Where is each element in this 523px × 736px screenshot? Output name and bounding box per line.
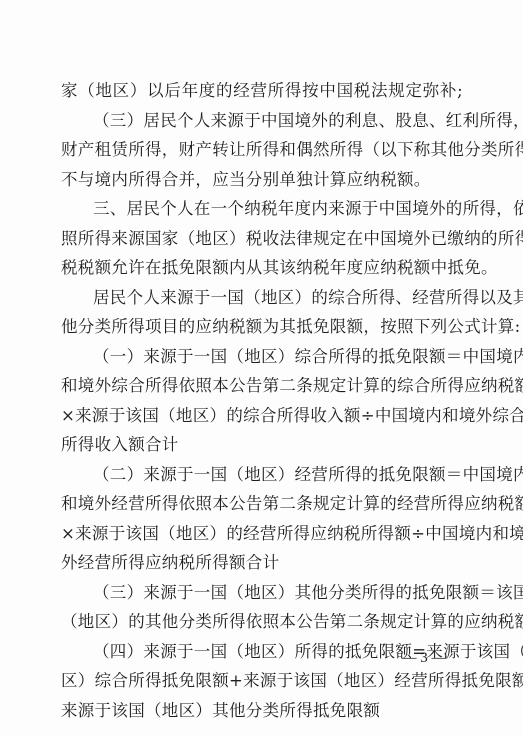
text-line: 所得收入额合计 <box>61 434 463 456</box>
text-line: （二）来源于一国（地区）经营所得的抵免限额＝中国境内 <box>93 464 463 486</box>
text-line: （三）居民个人来源于中国境外的利息、股息、红利所得， <box>93 110 463 132</box>
text-line: 照所得来源国家（地区）税收法律规定在中国境外已缴纳的所得 <box>61 228 463 250</box>
text-line: 三、居民个人在一个纳税年度内来源于中国境外的所得，依 <box>93 198 463 220</box>
text-line: （地区）的其他分类所得依照本公告第二条规定计算的应纳税额 <box>61 611 463 633</box>
text-line: 不与境内所得合并，应当分别单独计算应纳税额。 <box>61 169 463 191</box>
text-line: 区）综合所得抵免限额+来源于该国（地区）经营所得抵免限额+ <box>61 670 463 692</box>
document-page: 家（地区）以后年度的经营所得按中国税法规定弥补; （三）居民个人来源于中国境外的… <box>0 0 523 736</box>
text-line: ×来源于该国（地区）的经营所得应纳税所得额÷中国境内和境 <box>61 523 463 545</box>
text-line: 他分类所得项目的应纳税额为其抵免限额，按照下列公式计算: <box>61 316 463 338</box>
text-line: （三）来源于一国（地区）其他分类所得的抵免限额＝该国 <box>93 582 463 604</box>
text-line: 和境外经营所得依照本公告第二条规定计算的经营所得应纳税额 <box>61 493 463 515</box>
text-line: 来源于该国（地区）其他分类所得抵免限额 <box>61 700 463 722</box>
text-line: 外经营所得应纳税所得额合计 <box>61 552 463 574</box>
text-line: 家（地区）以后年度的经营所得按中国税法规定弥补; <box>61 80 463 102</box>
text-line: （一）来源于一国（地区）综合所得的抵免限额＝中国境内 <box>93 346 463 368</box>
text-line: 和境外综合所得依照本公告第二条规定计算的综合所得应纳税额 <box>61 375 463 397</box>
text-line: ×来源于该国（地区）的综合所得收入额÷中国境内和境外综合 <box>61 405 463 427</box>
text-line: 税税额允许在抵免限额内从其该纳税年度应纳税额中抵免。 <box>61 257 463 279</box>
text-line: 居民个人来源于一国（地区）的综合所得、经营所得以及其 <box>93 287 463 309</box>
page-number: — 3 — <box>400 650 448 667</box>
text-line: 财产租赁所得，财产转让所得和偶然所得（以下称其他分类所得）， <box>61 139 463 161</box>
